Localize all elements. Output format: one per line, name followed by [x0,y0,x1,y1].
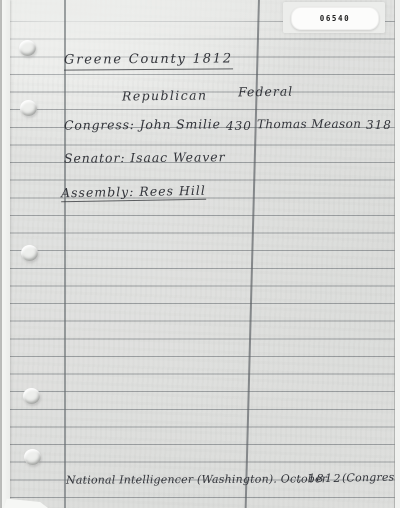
citation-note: (Congress) [342,470,400,484]
scan-corner-wedge [4,497,48,508]
scan-edge-right-white [395,0,400,508]
assembly-line: Assembly: Rees Hill [61,183,206,201]
catalog-number: 06540 [320,14,351,23]
scan-edge-left-white [2,0,10,508]
center-crease-line [245,0,260,508]
party-header-federal: Federal [238,84,293,100]
citation-source: National Intelligencer (Washington). Oct… [66,472,327,486]
congress-candidate-federal: Thomas Meason [257,117,361,132]
congress-candidate-republican: Congress: John Smilie [64,116,221,132]
scan-fade [0,0,400,508]
punch-hole [23,388,40,404]
citation-date: , 1812 [298,472,342,485]
punch-hole [20,100,37,116]
punch-hole [21,245,38,261]
county-heading: Greene County 1812 [64,51,233,67]
party-header-republican: Republican [122,88,208,104]
punch-hole [19,40,36,56]
punch-hole [24,449,41,465]
catalog-sticker: 06540 [283,2,385,33]
county-heading-text: Greene County 1812 [64,51,233,70]
catalog-sticker-label: 06540 [291,7,379,30]
assembly-line-text: Assembly: Rees Hill [61,183,206,203]
congress-votes-republican: 430 [226,119,252,133]
paper-texture [0,0,400,508]
notebook-page: 06540 Greene County 1812 Republican Fede… [0,0,400,508]
margin-rule-line [64,0,66,508]
congress-votes-federal: 318 [366,118,392,132]
senator-line: Senator: Isaac Weaver [64,149,226,165]
